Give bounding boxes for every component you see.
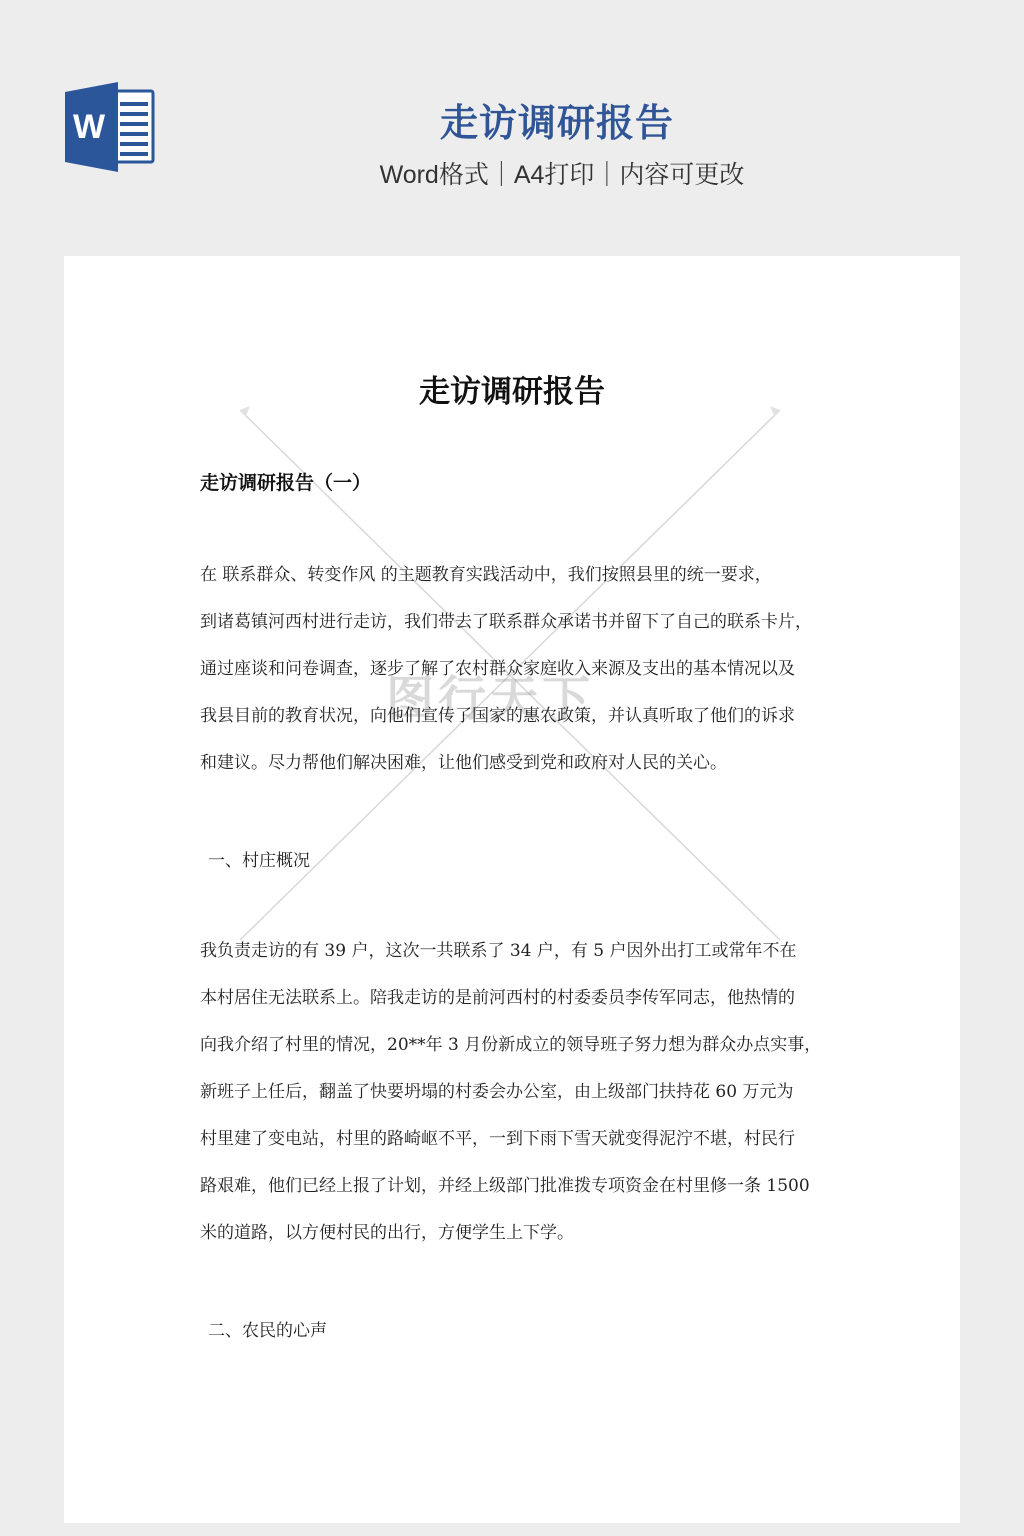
intro-paragraph: 在 联系群众、转变作风 的主题教育实践活动中，我们按照县里的统一要求， 到诸葛镇… — [200, 552, 840, 787]
paragraph-line: 在 联系群众、转变作风 的主题教育实践活动中，我们按照县里的统一要求， — [200, 552, 840, 599]
paragraph-line: 村里建了变电站，村里的路崎岖不平，一到下雨下雪天就变得泥泞不堪，村民行 — [200, 1116, 840, 1163]
document-page: 图行天下 走访调研报告 走访调研报告（一） 在 联系群众、转变作风 的主题教育实… — [64, 256, 960, 1523]
paragraph-line: 和建议。尽力帮他们解决困难，让他们感受到党和政府对人民的关心。 — [200, 740, 840, 787]
watermark-lines — [64, 256, 960, 1523]
banner-title: 走访调研报告 — [0, 92, 1024, 147]
paragraph-line: 本村居住无法联系上。陪我走访的是前河西村的村委委员李传军同志，他热情的 — [200, 975, 840, 1022]
banner-header: W 走访调研报告 Word格式｜A4打印｜内容可更改 — [0, 0, 1024, 256]
paragraph-line: 米的道路，以方便村民的出行，方便学生上下学。 — [200, 1210, 840, 1257]
document-title: 走访调研报告 — [64, 366, 960, 411]
paragraph-line: 新班子上任后，翻盖了快要坍塌的村委会办公室，由上级部门扶持花 60 万元为 — [200, 1069, 840, 1116]
section-title: 走访调研报告（一） — [200, 468, 371, 495]
paragraph-line: 到诸葛镇河西村进行走访，我们带去了联系群众承诺书并留下了自己的联系卡片， — [200, 599, 840, 646]
heading-farmers-voice: 二、农民的心声 — [208, 1316, 327, 1341]
paragraph-line: 我负责走访的有 39 户，这次一共联系了 34 户，有 5 户因外出打工或常年不… — [200, 928, 840, 975]
heading-village-overview: 一、村庄概况 — [208, 846, 310, 871]
banner-subtitle: Word格式｜A4打印｜内容可更改 — [0, 155, 1024, 191]
paragraph-line: 路艰难，他们已经上报了计划，并经上级部门批准拨专项资金在村里修一条 1500 — [200, 1163, 840, 1210]
village-overview-paragraph: 我负责走访的有 39 户，这次一共联系了 34 户，有 5 户因外出打工或常年不… — [200, 928, 840, 1257]
paragraph-line: 向我介绍了村里的情况，20**年 3 月份新成立的领导班子努力想为群众办点实事， — [200, 1022, 840, 1069]
paragraph-line: 通过座谈和问卷调查，逐步了解了农村群众家庭收入来源及支出的基本情况以及 — [200, 646, 840, 693]
paragraph-line: 我县目前的教育状况，向他们宣传了国家的惠农政策，并认真听取了他们的诉求 — [200, 693, 840, 740]
